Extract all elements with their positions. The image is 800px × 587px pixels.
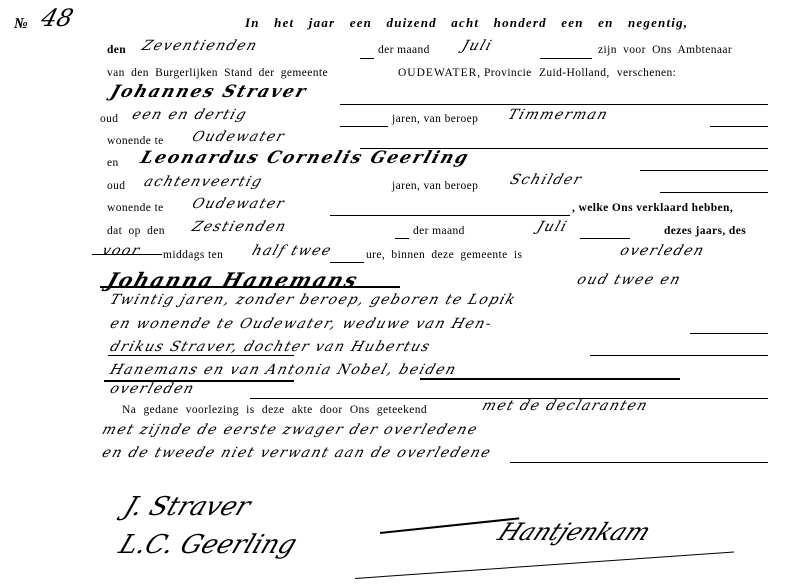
printed-zijn-voor: zijn voor Ons Ambtenaar	[598, 44, 732, 56]
printed-jaren-beroep-2: jaren, van beroep	[392, 180, 478, 192]
record-number: 48	[38, 4, 76, 32]
hand-body-line3: en wonende te Oudewater, weduwe van Hen-	[108, 316, 495, 332]
civil-record-page: № 48 In het jaar een duizend acht honder…	[0, 0, 800, 587]
printed-jaren-beroep-1: jaren, van beroep	[392, 113, 478, 125]
printed-gemeente: OUDEWATER,	[398, 67, 481, 79]
printed-oud-1: oud	[100, 113, 118, 125]
hand-body-line1-tail: oud twee en	[575, 272, 683, 288]
printed-en: en	[107, 157, 119, 169]
hand-time-of-death: half twee	[250, 243, 334, 259]
hand-month-of-death: Juli	[535, 219, 570, 235]
printed-middags-ten: middags ten	[163, 249, 223, 261]
hand-day-of-death: Zestienden	[190, 219, 289, 235]
hand-declarant1-age: een en dertig	[130, 107, 249, 123]
hand-declarant2-name: Leonardus Cornelis Geerling	[138, 148, 472, 168]
hand-time-prefix: voor	[100, 243, 143, 259]
printed-dezes-jaars: dezes jaars, des	[664, 225, 746, 237]
hand-closing-tail: met de declaranten	[480, 398, 650, 414]
signature-declarant1: J. Straver	[120, 492, 255, 522]
printed-van-den: van den Burgerlijken Stand der gemeente	[107, 67, 328, 79]
hand-declarant1-residence: Oudewater	[190, 129, 287, 145]
printed-wonende-2: wonende te	[107, 202, 164, 214]
hand-body-line6: overleden	[108, 381, 197, 397]
printed-provincie: Provincie Zuid-Holland, verschenen:	[484, 67, 676, 79]
printed-den: den	[107, 44, 126, 56]
hand-month-registered: Juli	[460, 38, 495, 54]
hand-declarant2-age: achtenveertig	[142, 174, 265, 190]
printed-der-maand: der maand	[378, 44, 430, 56]
printed-ure-binnen: ure, binnen deze gemeente is	[366, 249, 522, 261]
printed-year-line: In het jaar een duizend acht honderd een…	[245, 15, 688, 31]
hand-closing-line3: en de tweede niet verwant aan de overled…	[100, 445, 494, 461]
hand-body-line4: drikus Straver, dochter van Hubertus	[108, 339, 433, 355]
hand-overleden: overleden	[618, 243, 707, 259]
signature-declarant2: L.C. Geerling	[115, 530, 301, 560]
hand-deceased-name: Johanna Hanemans	[104, 268, 362, 292]
hand-declarant2-residence: Oudewater	[190, 196, 287, 212]
printed-welke: , welke Ons verklaard hebben,	[572, 202, 733, 214]
hand-declarant1-name: Johannes Straver	[108, 82, 310, 102]
hand-body-line5: Hanemans en van Antonia Nobel, beiden	[108, 362, 459, 378]
hand-declarant2-occupation: Schilder	[508, 172, 585, 188]
printed-oud-2: oud	[107, 180, 125, 192]
hand-day-registered: Zeventienden	[140, 38, 260, 54]
record-number-label: №	[14, 16, 28, 33]
printed-na-gedane: Na gedane voorlezing is deze akte door O…	[122, 404, 427, 416]
printed-wonende-1: wonende te	[107, 135, 164, 147]
printed-der-maand-2: der maand	[413, 225, 465, 237]
hand-body-line2: Twintig jaren, zonder beroep, geboren te…	[108, 292, 518, 308]
hand-declarant1-occupation: Timmerman	[506, 107, 611, 123]
printed-dat-op-den: dat op den	[107, 225, 165, 237]
hand-closing-line2: met zijnde de eerste zwager der overlede…	[100, 422, 480, 438]
signature-official: Hantjenkam	[493, 518, 655, 546]
